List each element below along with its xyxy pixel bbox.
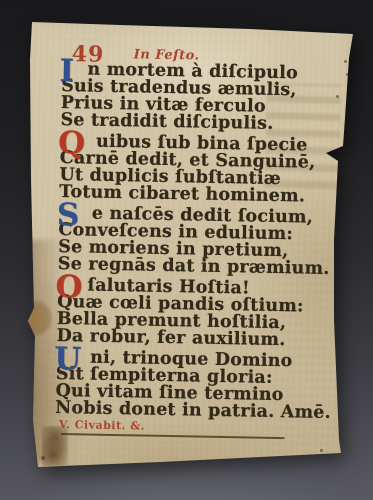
versal-initial: U (54, 346, 82, 373)
verse-line: Da robur, fer auxilium. (56, 328, 332, 350)
verse: In mortem à diſcipuloSuis tradendus æmul… (60, 61, 337, 134)
verse: Quibus ſub bina ſpecieCarnē dedit, et Sa… (59, 133, 336, 206)
verse-line: Se tradidit diſcipulis. (60, 112, 336, 134)
verse-line-text: ſalutaris Hoſtia! (87, 276, 250, 299)
verse-line: Oſalutaris Hoſtia! (57, 277, 333, 299)
verse-line: Quibus ſub bina ſpecie (60, 133, 336, 155)
verse-line-text: e naſcēs dedit ſocium, (92, 204, 314, 228)
verse-line-text: uibus ſub bina ſpecie (96, 132, 308, 156)
verse-line: Se naſcēs dedit ſocium, (59, 205, 335, 227)
manuscript-leaf: 49 In Feſto. In mortem à diſcipuloSuis t… (0, 0, 373, 500)
manuscript-leaf-wrapper: 49 In Feſto. In mortem à diſcipuloSuis t… (0, 0, 373, 500)
verse-line: Totum cibaret hominem. (59, 184, 335, 206)
verse-list: In mortem à diſcipuloSuis tradendus æmul… (55, 61, 337, 426)
versal-initial: I (59, 58, 74, 85)
verse-line-text: ni, trinoque Domino (90, 348, 293, 372)
verse: Oſalutaris Hoſtia!Quæ cœli pandis oſtium… (56, 277, 333, 350)
verse: Se naſcēs dedit ſocium,Conveſcens in edu… (58, 205, 335, 278)
versal-initial: O (55, 274, 83, 301)
photo-scene: 49 In Feſto. In mortem à diſcipuloSuis t… (0, 0, 373, 500)
verse-line: Uni, trinoque Domino (56, 349, 332, 371)
verse-line: In mortem à diſcipulo (61, 61, 337, 83)
footer-rubric: V. Civabit. &. (59, 418, 145, 433)
verse: Uni, trinoque DominoSit ſempiterna glori… (55, 349, 332, 422)
versal-initial: Q (58, 130, 86, 157)
verse-line-text: n mortem à diſcipulo (87, 59, 298, 83)
verse-line: Se regnās dat in præmium. (58, 256, 334, 278)
versal-initial: S (57, 202, 80, 229)
